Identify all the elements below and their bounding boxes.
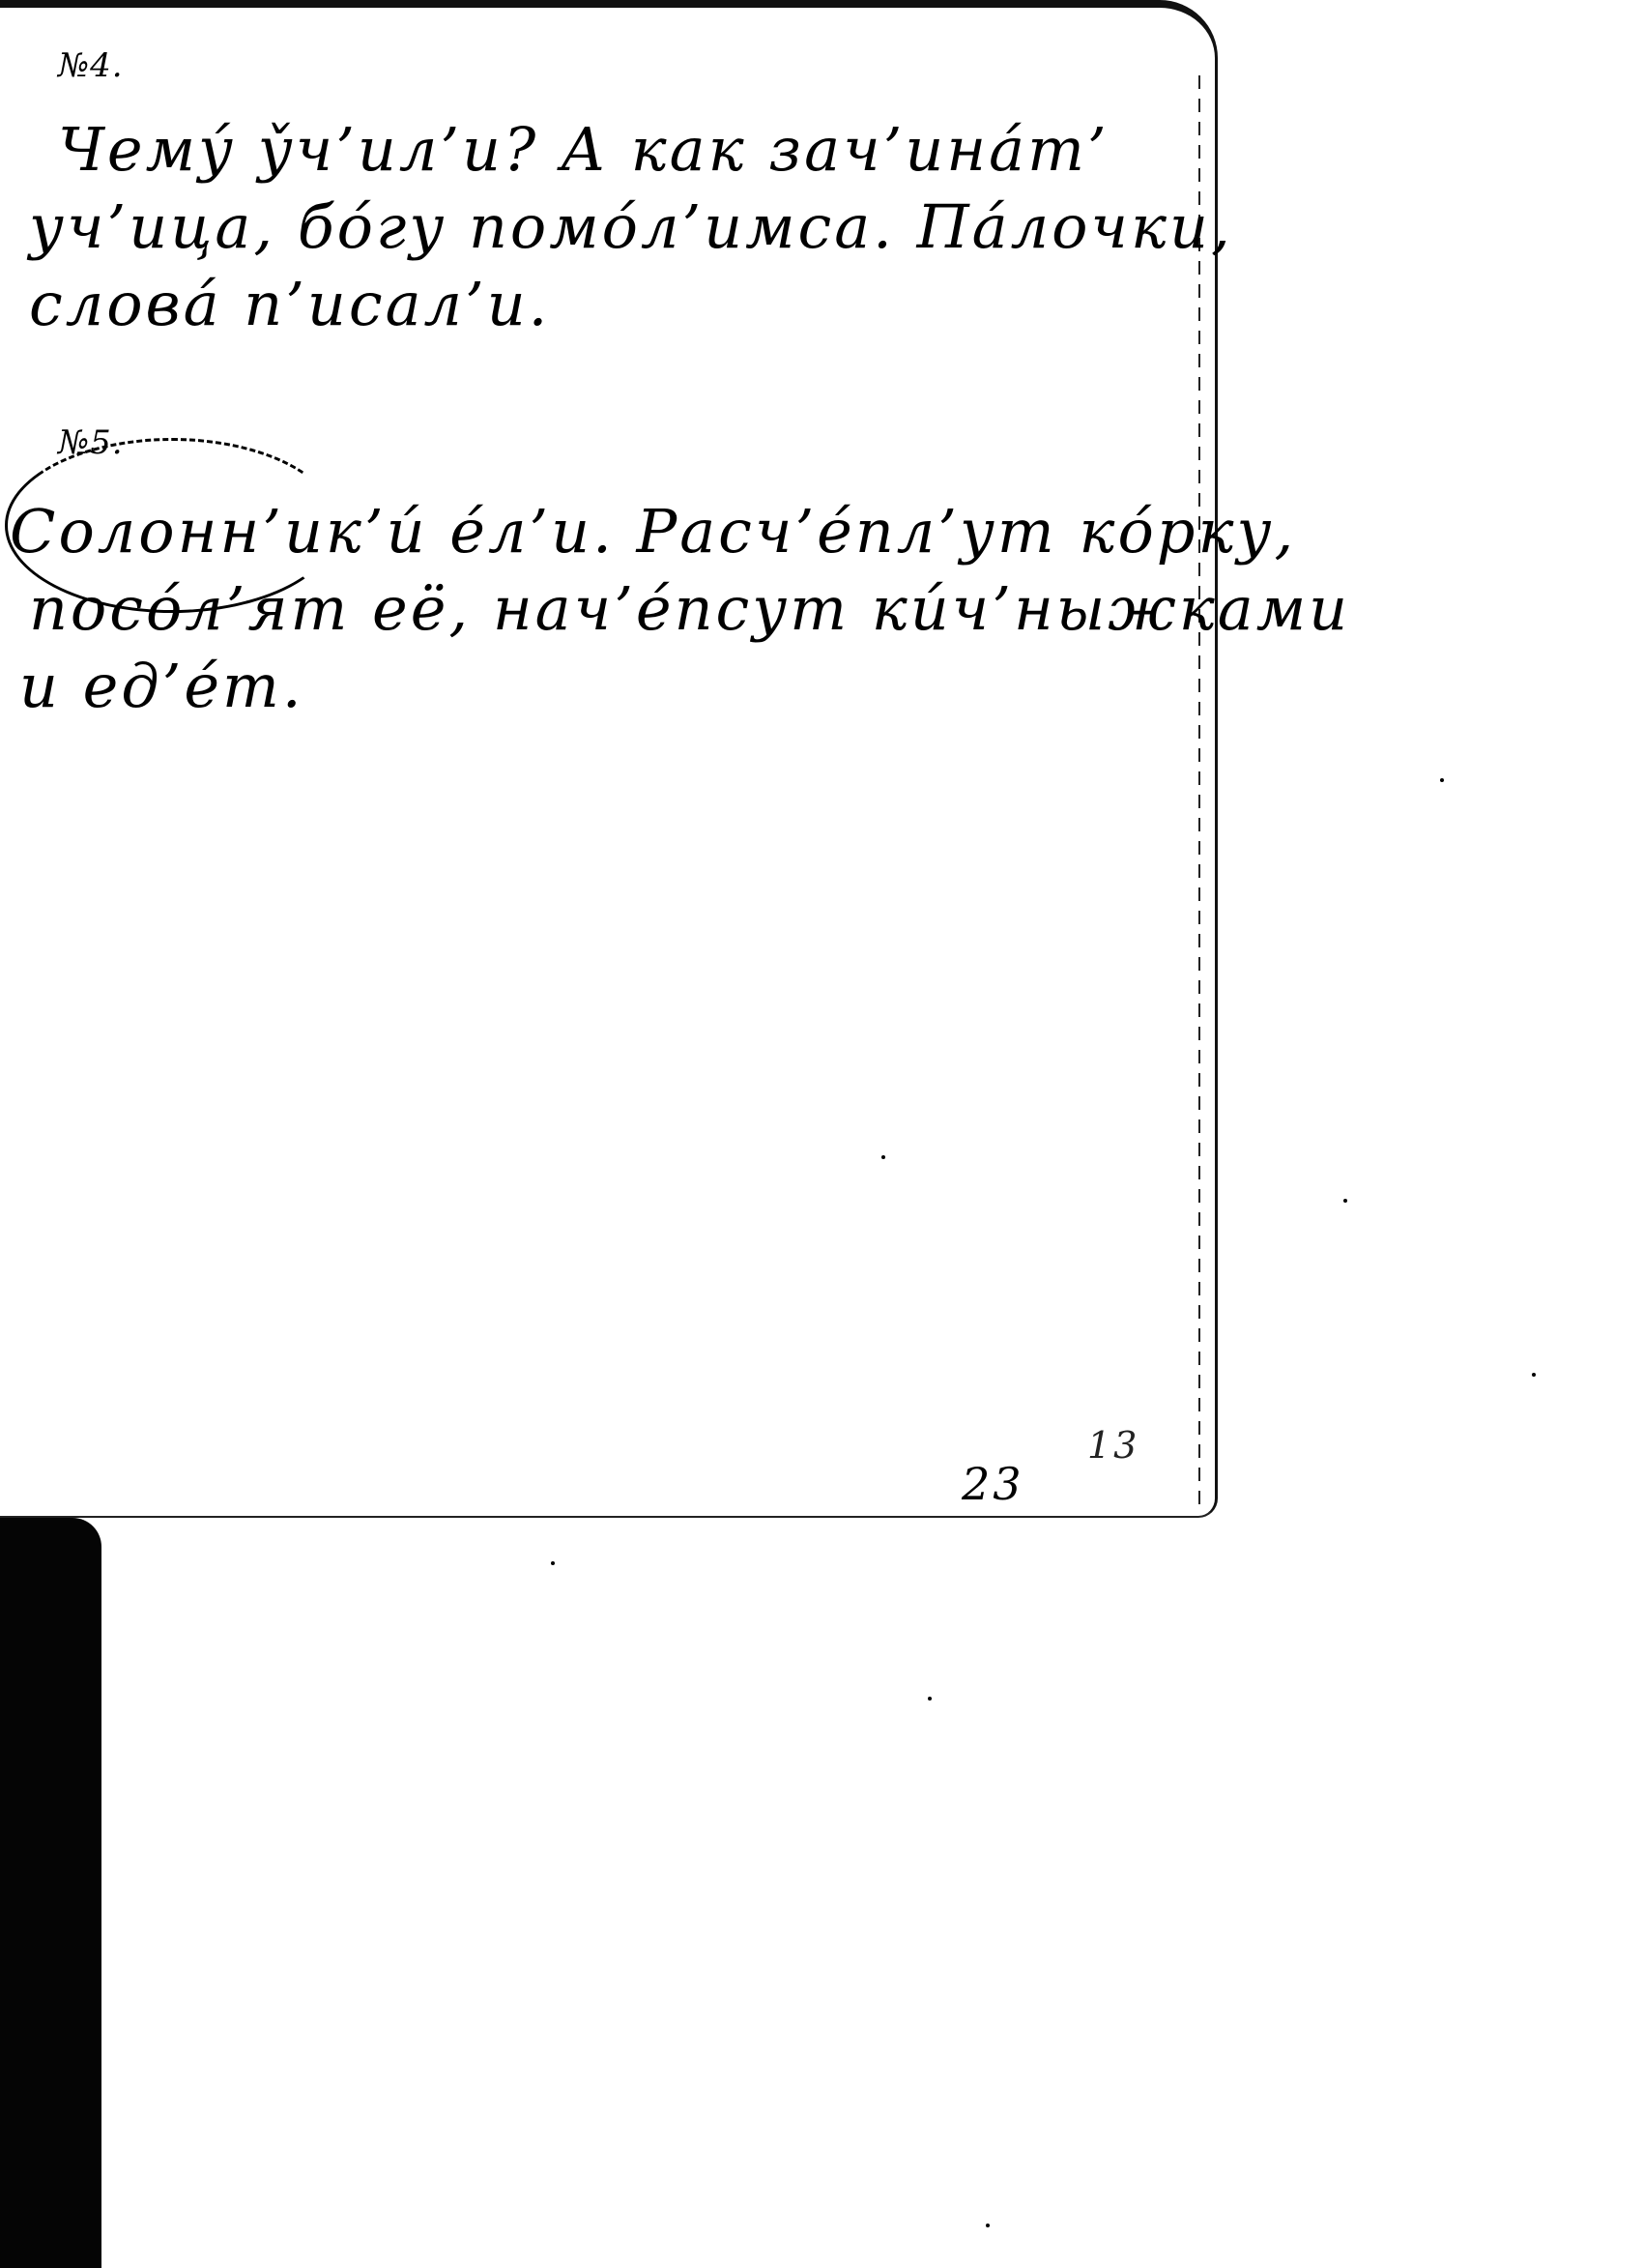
section-4-line-1: Чему́ у̌ч’ил’и? А как зач’ина́т’: [58, 114, 1110, 185]
section-5-line-3: и ед’е́т.: [19, 651, 304, 721]
scan-speck: [1532, 1373, 1536, 1377]
notebook-page: №4. Чему́ у̌ч’ил’и? А как зач’ина́т’ уч’…: [0, 0, 1218, 1518]
scan-speck: [986, 2224, 990, 2227]
scan-speck: [1440, 778, 1444, 782]
scan-speck: [551, 1561, 555, 1565]
page-number-secondary: 13: [1087, 1424, 1139, 1467]
section-4-line-3: слова́ п’исал’и.: [29, 269, 550, 339]
section-5-line-1: Солонн’ик’и́ е́л’и. Расч’е́пл’ут ко́рку,: [10, 496, 1296, 567]
page-edge-line: [1198, 75, 1200, 1506]
section-label-5: №5.: [58, 423, 124, 462]
section-4-line-2: уч’ица, бо́гу помо́л’имса. Па́лочки,: [29, 191, 1233, 262]
section-label-4: №4.: [58, 46, 124, 85]
scan-speck: [881, 1155, 885, 1159]
page-number: 23: [962, 1458, 1024, 1510]
section-5-line-2: посо́л’ят её, нач’е́псут ки́ч’ныжками: [29, 573, 1350, 644]
scan-edge-shadow: [0, 1518, 101, 2268]
scan-speck: [1343, 1199, 1347, 1203]
scan-speck: [928, 1697, 932, 1701]
